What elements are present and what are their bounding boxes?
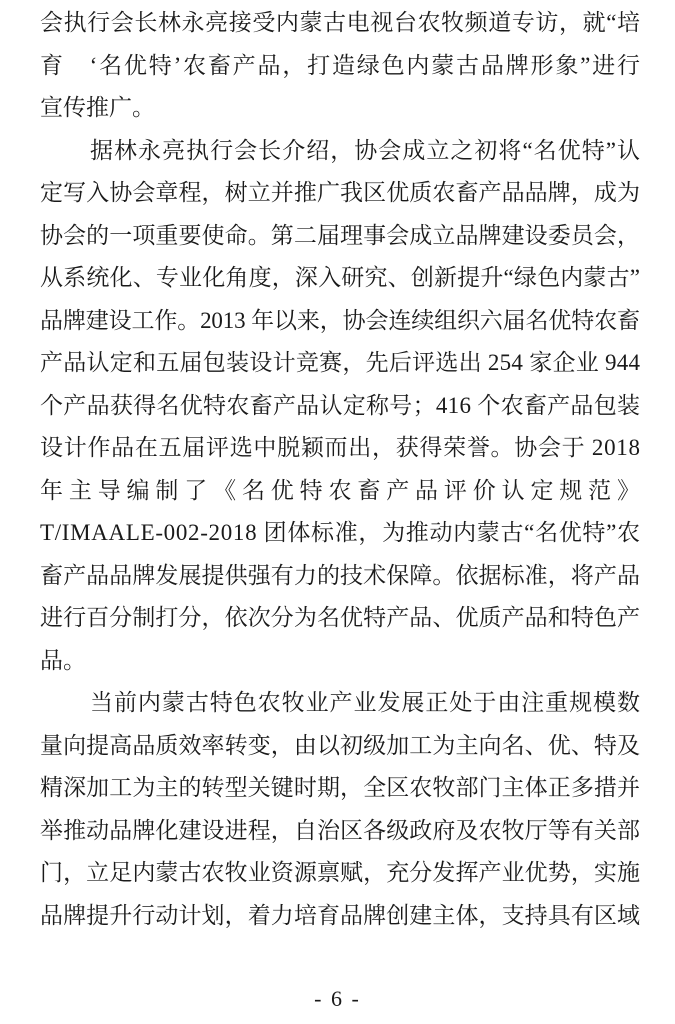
line-text: 宣传推广。 — [40, 95, 155, 120]
line-text: 从系统化、专业化角度，深入研究、创新提升“绿色内蒙古” — [40, 265, 640, 290]
text-line: 会执行会长林永亮接受内蒙古电视台农牧频道专访，就“培 — [40, 2, 640, 45]
text-line: 精深加工为主的转型关键时期，全区农牧部门主体正多措并 — [40, 767, 640, 810]
line-text: 品牌建设工作。2013 年以来，协会连续组织六届名优特农畜 — [40, 308, 640, 333]
text-line: 产品认定和五届包装设计竞赛，先后评选出 254 家企业 944 — [40, 342, 640, 385]
document-body: 会执行会长林永亮接受内蒙古电视台农牧频道专访，就“培 育 ‘名优特’农畜产品，打… — [40, 2, 640, 937]
text-line: 年主导编制了《名优特农畜产品评价认定规范》 — [40, 470, 640, 513]
text-line: 量向提高品质效率转变，由以初级加工为主向名、优、特及 — [40, 725, 640, 768]
line-text: 当前内蒙古特色农牧业产业发展正处于由注重规模数 — [90, 690, 641, 715]
line-text: T/IMAALE-002-2018 团体标准，为推动内蒙古“名优特”农 — [40, 520, 641, 545]
line-text: 门，立足内蒙古农牧业资源禀赋，充分发挥产业优势，实施 — [40, 860, 640, 885]
text-line: 宣传推广。 — [40, 87, 640, 130]
page-number: - 6 - — [0, 986, 675, 1012]
text-line: 从系统化、专业化角度，深入研究、创新提升“绿色内蒙古” — [40, 257, 640, 300]
line-text: 品。 — [40, 648, 86, 673]
text-line: 当前内蒙古特色农牧业产业发展正处于由注重规模数 — [40, 682, 640, 725]
text-line: 协会的一项重要使命。第二届理事会成立品牌建设委员会， — [40, 215, 640, 258]
document-page: 会执行会长林永亮接受内蒙古电视台农牧频道专访，就“培 育 ‘名优特’农畜产品，打… — [0, 0, 675, 1024]
line-text: 产品认定和五届包装设计竞赛，先后评选出 254 家企业 944 — [40, 350, 640, 375]
text-line: 进行百分制打分，依次分为名优特产品、优质产品和特色产 — [40, 597, 640, 640]
text-line: 定写入协会章程，树立并推广我区优质农畜产品品牌，成为 — [40, 172, 640, 215]
line-text: 精深加工为主的转型关键时期，全区农牧部门主体正多措并 — [40, 775, 640, 800]
text-line: T/IMAALE-002-2018 团体标准，为推动内蒙古“名优特”农 — [40, 512, 640, 555]
line-text: 设计作品在五届评选中脱颖而出，获得荣誉。协会于 2018 — [40, 435, 641, 460]
line-text: 畜产品品牌发展提供强有力的技术保障。依据标准，将产品 — [40, 563, 640, 588]
text-line: 门，立足内蒙古农牧业资源禀赋，充分发挥产业优势，实施 — [40, 852, 640, 895]
text-line: 品牌建设工作。2013 年以来，协会连续组织六届名优特农畜 — [40, 300, 640, 343]
text-line: 畜产品品牌发展提供强有力的技术保障。依据标准，将产品 — [40, 555, 640, 598]
line-text: 定写入协会章程，树立并推广我区优质农畜产品品牌，成为 — [40, 180, 640, 205]
line-text: 会执行会长林永亮接受内蒙古电视台农牧频道专访，就“培 — [40, 10, 641, 35]
line-text: 育 ‘名优特’农畜产品，打造绿色内蒙古品牌形象”进行 — [40, 53, 642, 78]
text-line: 个产品获得名优特农畜产品认定称号；416 个农畜产品包装 — [40, 385, 640, 428]
text-line: 育 ‘名优特’农畜产品，打造绿色内蒙古品牌形象”进行 — [40, 45, 640, 88]
text-line: 据林永亮执行会长介绍，协会成立之初将“名优特”认 — [40, 130, 640, 173]
line-text: 协会的一项重要使命。第二届理事会成立品牌建设委员会， — [40, 223, 640, 248]
line-text: 个产品获得名优特农畜产品认定称号；416 个农畜产品包装 — [40, 393, 640, 418]
text-line: 品牌提升行动计划，着力培育品牌创建主体，支持具有区域 — [40, 895, 640, 938]
line-text: 品牌提升行动计划，着力培育品牌创建主体，支持具有区域 — [40, 903, 640, 928]
line-text: 进行百分制打分，依次分为名优特产品、优质产品和特色产 — [40, 605, 640, 630]
line-text: 量向提高品质效率转变，由以初级加工为主向名、优、特及 — [40, 733, 640, 758]
text-line: 举推动品牌化建设进程，自治区各级政府及农牧厅等有关部 — [40, 810, 640, 853]
line-text: 举推动品牌化建设进程，自治区各级政府及农牧厅等有关部 — [40, 818, 640, 843]
text-line: 设计作品在五届评选中脱颖而出，获得荣誉。协会于 2018 — [40, 427, 640, 470]
text-line: 品。 — [40, 640, 640, 683]
line-text: 年主导编制了《名优特农畜产品评价认定规范》 — [40, 478, 646, 503]
line-text: 据林永亮执行会长介绍，协会成立之初将“名优特”认 — [90, 138, 641, 163]
